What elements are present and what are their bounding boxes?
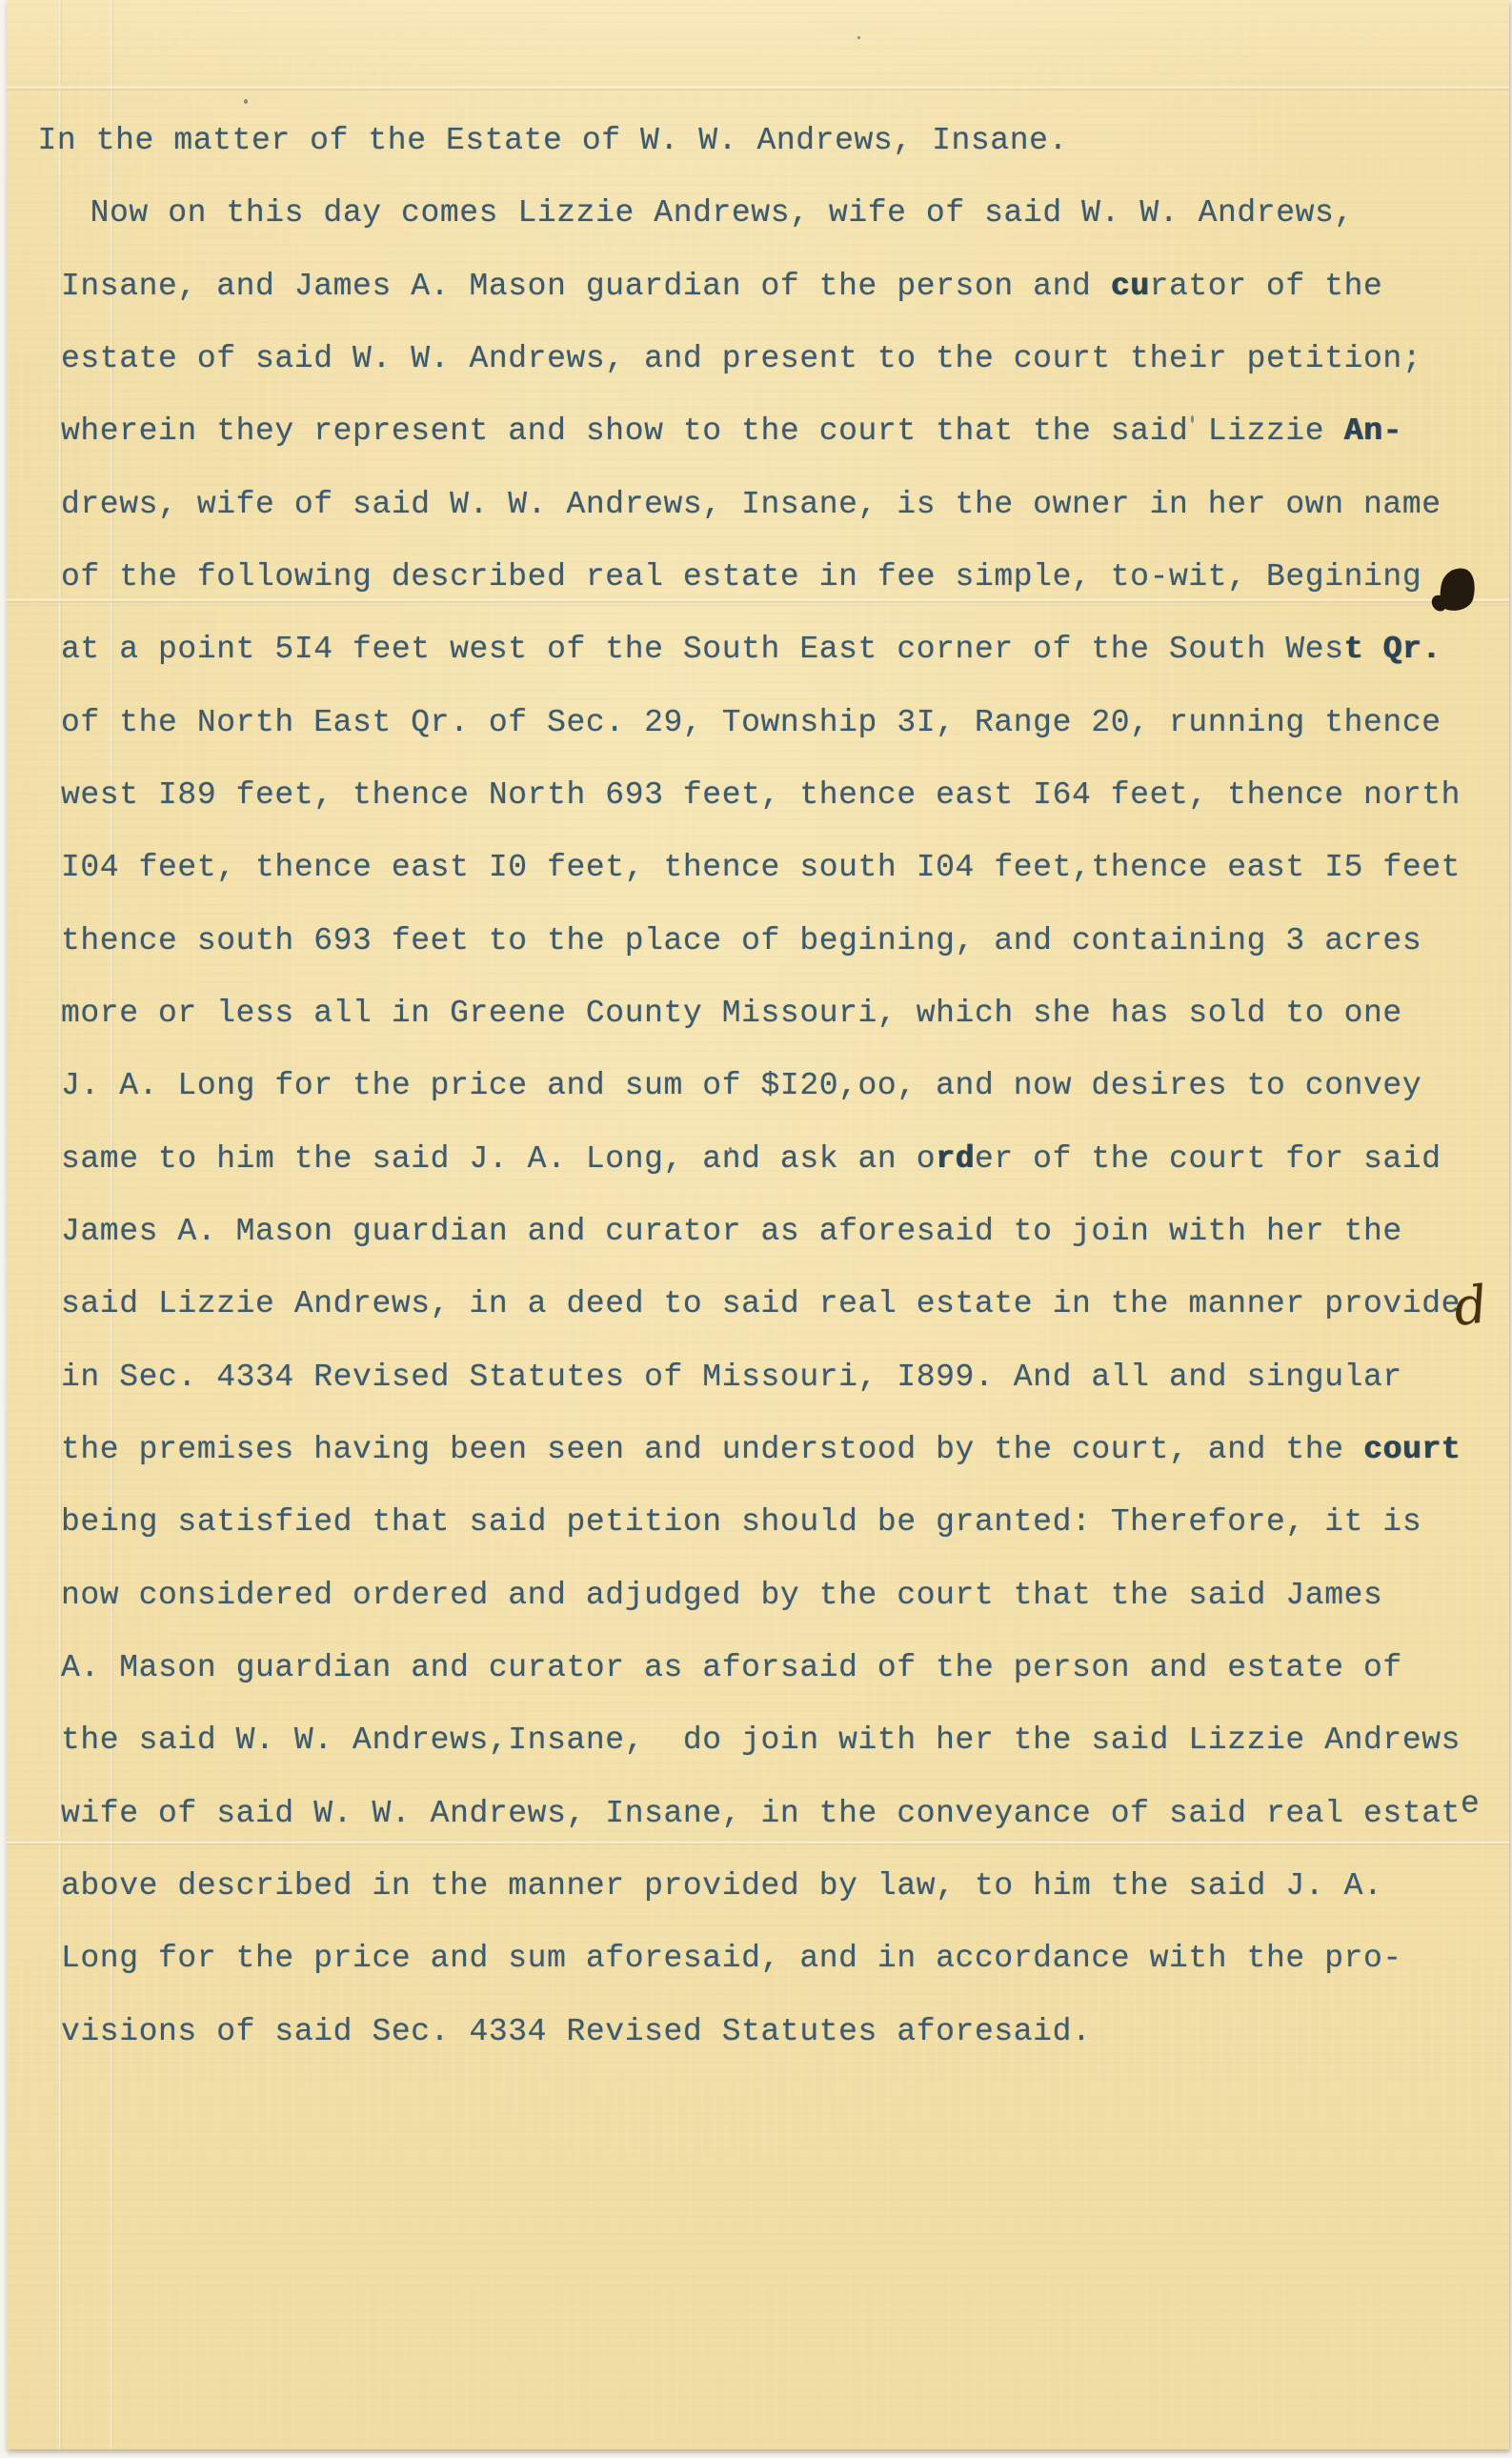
scanned-document: { "page": { "kind": "Typewritten probate… [0,0,1512,2458]
document-line-22: A. Mason guardian and curator as aforsai… [61,1632,1480,1704]
text-block: In the matter of the Estate of W. W. And… [61,105,1480,2068]
document-line-8: at a point 5I4 feet west of the South Ea… [61,614,1480,686]
text-segment: James A. Mason guardian and curator as a… [61,1214,1402,1249]
text-segment: Insane, and James A. Mason guardian of t… [61,269,1111,304]
text-segment: J. A. Long for the price and sum of $I20… [61,1068,1421,1103]
document-line-25: above described in the manner provided b… [61,1850,1480,1923]
document-line-11: I04 feet, thence east I0 feet, thence so… [61,832,1480,904]
text-segment: more or less all in Greene County Missou… [61,996,1402,1031]
document-line-19: the premises having been seen and unders… [61,1414,1480,1486]
document-line-18: in Sec. 4334 Revised Statutes of Missour… [61,1341,1480,1414]
text-segment: the premises having been seen and unders… [61,1432,1363,1467]
text-segment: wherein they represent and show to the c… [61,413,1344,449]
text-segment: said Lizzie Andrews, in a deed to said r… [61,1286,1461,1321]
document-line-5: wherein they represent and show to the c… [61,395,1480,468]
text-segment: er of the court for said [975,1141,1441,1177]
text-segment: of the following described real estate i… [61,559,1421,594]
document-line-2: Now on this day comes Lizzie Andrews, wi… [91,177,1481,250]
ink-speck [857,36,860,39]
text-segment: in Sec. 4334 Revised Statutes of Missour… [61,1360,1402,1395]
document-line-1: In the matter of the Estate of W. W. And… [38,105,1481,177]
document-line-12: thence south 693 feet to the place of be… [61,905,1480,977]
text-segment: same to him the said J. A. Long, and ask… [61,1141,936,1177]
document-line-17: said Lizzie Andrews, in a deed to said r… [61,1268,1480,1340]
document-line-13: more or less all in Greene County Missou… [61,977,1480,1050]
document-line-3: Insane, and James A. Mason guardian of t… [61,251,1480,323]
text-segment: visions of said Sec. 4334 Revised Statut… [61,2014,1091,2049]
handwritten-letter-d: d [1451,1279,1490,1334]
text-segment: A. Mason guardian and curator as aforsai… [61,1650,1402,1685]
document-line-16: James A. Mason guardian and curator as a… [61,1196,1480,1268]
text-segment: Now on this day comes Lizzie Andrews, wi… [91,195,1354,231]
text-segment: court [1363,1432,1461,1467]
text-segment: rator of the [1150,269,1383,304]
text-segment: Long for the price and sum aforesaid, an… [61,1941,1402,1976]
document-line-23: the said W. W. Andrews,Insane, do join w… [61,1704,1480,1777]
document-line-20: being satisfied that said petition shoul… [61,1486,1480,1559]
text-segment: estate of said W. W. Andrews, and presen… [61,341,1421,376]
document-line-7: of the following described real estate i… [61,541,1480,614]
document-line-10: west I89 feet, thence North 693 feet, th… [61,759,1480,832]
text-segment: west I89 feet, thence North 693 feet, th… [61,777,1461,813]
text-segment: Qr. [1382,632,1441,667]
document-line-9: of the North East Qr. of Sec. 29, Townsh… [61,687,1480,759]
text-segment: above described in the manner provided b… [61,1868,1382,1904]
text-segment: I04 feet, thence east I0 feet, thence so… [61,850,1461,885]
text-segment: In the matter of the Estate of W. W. And… [38,123,1068,158]
document-line-14: J. A. Long for the price and sum of $I20… [61,1050,1480,1122]
text-segment: the said W. W. Andrews,Insane, do join w… [61,1723,1461,1758]
text-segment: wife of said W. W. Andrews, Insane, in t… [61,1796,1461,1831]
text-segment: being satisfied that said petition shoul… [61,1504,1421,1540]
document-line-6: drews, wife of said W. W. Andrews, Insan… [61,469,1480,541]
text-segment: now considered ordered and adjudged by t… [61,1578,1382,1613]
text-segment: An- [1344,413,1402,449]
text-segment: of the North East Qr. of Sec. 29, Townsh… [61,705,1441,740]
document-line-4: estate of said W. W. Andrews, and presen… [61,323,1480,395]
document-line-21: now considered ordered and adjudged by t… [61,1560,1480,1632]
ink-speck [244,99,248,104]
text-segment: e [1461,1786,1480,1822]
text-segment: t [1344,632,1363,667]
text-segment: cu [1111,269,1150,304]
text-segment: thence south 693 feet to the place of be… [61,923,1421,958]
document-line-15: same to him the said J. A. Long, and ask… [61,1123,1480,1196]
document-line-26: Long for the price and sum aforesaid, an… [61,1923,1480,1995]
text-segment: at a point 5I4 feet west of the South Ea… [61,632,1344,667]
horizontal-fold-crease [7,86,1509,91]
text-segment [1363,632,1382,667]
document-line-27: visions of said Sec. 4334 Revised Statut… [61,1996,1480,2068]
document-line-24: wife of said W. W. Andrews, Insane, in t… [61,1778,1480,1850]
text-segment: drews, wife of said W. W. Andrews, Insan… [61,487,1441,522]
text-segment: rd [936,1141,975,1177]
